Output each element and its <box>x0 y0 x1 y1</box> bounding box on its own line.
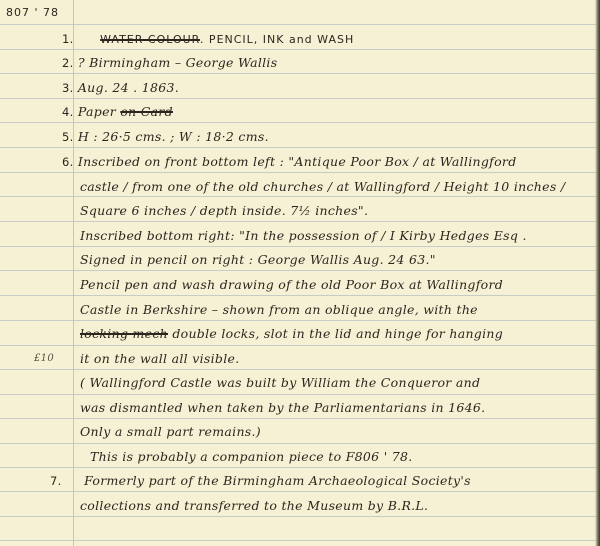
ruled-line <box>0 172 596 173</box>
entry-2: 2. ? Birmingham – George Wallis <box>62 55 277 70</box>
struck-text: locking mech <box>80 326 168 341</box>
ruled-line <box>0 246 596 247</box>
ruled-line <box>0 540 596 541</box>
continuation-line: ( Wallingford Castle was built by Willia… <box>80 375 480 390</box>
ruled-line <box>0 491 596 492</box>
entry-text: H : 26·5 cms. ; W : 18·2 cms. <box>78 129 269 144</box>
struck-text: on Card <box>120 104 173 119</box>
continuation-line: it on the wall all visible. <box>80 351 239 366</box>
entry-text: double locks, slot in the lid and hinge … <box>172 326 503 341</box>
ruled-line <box>0 320 596 321</box>
ruled-line <box>0 196 596 197</box>
continuation-line: Inscribed bottom right: "In the possessi… <box>80 228 527 243</box>
ruled-line <box>0 221 596 222</box>
entry-text: Aug. 24 . 1863. <box>78 80 179 95</box>
continuation-line: This is probably a companion piece to F8… <box>90 449 413 464</box>
entry-4: 4. Paper on Card <box>62 104 173 119</box>
continuation-line: collections and transferred to the Museu… <box>80 498 428 513</box>
ruled-line <box>0 98 596 99</box>
ruled-line <box>0 295 596 296</box>
entry-text: Formerly part of the Birmingham Archaeol… <box>84 473 471 488</box>
continuation-line: was dismantled when taken by the Parliam… <box>80 400 485 415</box>
ruled-line <box>0 122 596 123</box>
ruled-line <box>0 467 596 468</box>
entry-5: 5. H : 26·5 cms. ; W : 18·2 cms. <box>62 129 269 144</box>
entry-number: 6. <box>62 155 74 169</box>
entry-text: ? Birmingham – George Wallis <box>78 55 278 70</box>
ruled-line <box>0 49 596 50</box>
ruled-line <box>0 73 596 74</box>
entry-number: 1. <box>62 32 74 46</box>
entry-3: 3. Aug. 24 . 1863. <box>62 80 179 95</box>
continuation-line: castle / from one of the old churches / … <box>80 179 565 194</box>
entry-number: 5. <box>62 130 74 144</box>
entry-7: 7. Formerly part of the Birmingham Archa… <box>50 473 471 488</box>
entry-number: 4. <box>62 105 74 119</box>
continuation-line: Signed in pencil on right : George Walli… <box>80 252 436 267</box>
entry-number: 3. <box>62 81 74 95</box>
ruled-line <box>0 24 596 25</box>
entry-number: 7. <box>50 474 62 488</box>
entry-text: Inscribed on front bottom left : "Antiqu… <box>78 154 517 169</box>
entry-text: Paper <box>78 104 120 119</box>
continuation-line: Only a small part remains.) <box>80 424 261 439</box>
ruled-line <box>0 270 596 271</box>
ruled-line <box>0 516 596 517</box>
ruled-line <box>0 418 596 419</box>
struck-text: WATER COLOUR <box>100 33 200 46</box>
reference-number: 807 ' 78 <box>6 6 59 19</box>
entry-1: 1. WATER COLOUR. PENCIL, INK and WASH <box>62 31 354 46</box>
ruled-line <box>0 369 596 370</box>
entry-number: 2. <box>62 56 74 70</box>
entry-6: 6. Inscribed on front bottom left : "Ant… <box>62 154 517 169</box>
ruled-line <box>0 443 596 444</box>
price-margin-note: £10 <box>34 353 54 364</box>
continuation-line: locking mech double locks, slot in the l… <box>80 326 503 341</box>
continuation-line: Square 6 inches / depth inside. 7½ inche… <box>80 203 368 218</box>
notebook-page: 807 ' 78 1. WATER COLOUR. PENCIL, INK an… <box>0 0 600 546</box>
continuation-line: Castle in Berkshire – shown from an obli… <box>80 302 478 317</box>
ruled-line <box>0 345 596 346</box>
ruled-line <box>0 394 596 395</box>
entry-text: . PENCIL, INK and WASH <box>200 33 354 46</box>
ruled-line <box>0 147 596 148</box>
continuation-line: Pencil pen and wash drawing of the old P… <box>80 277 503 292</box>
